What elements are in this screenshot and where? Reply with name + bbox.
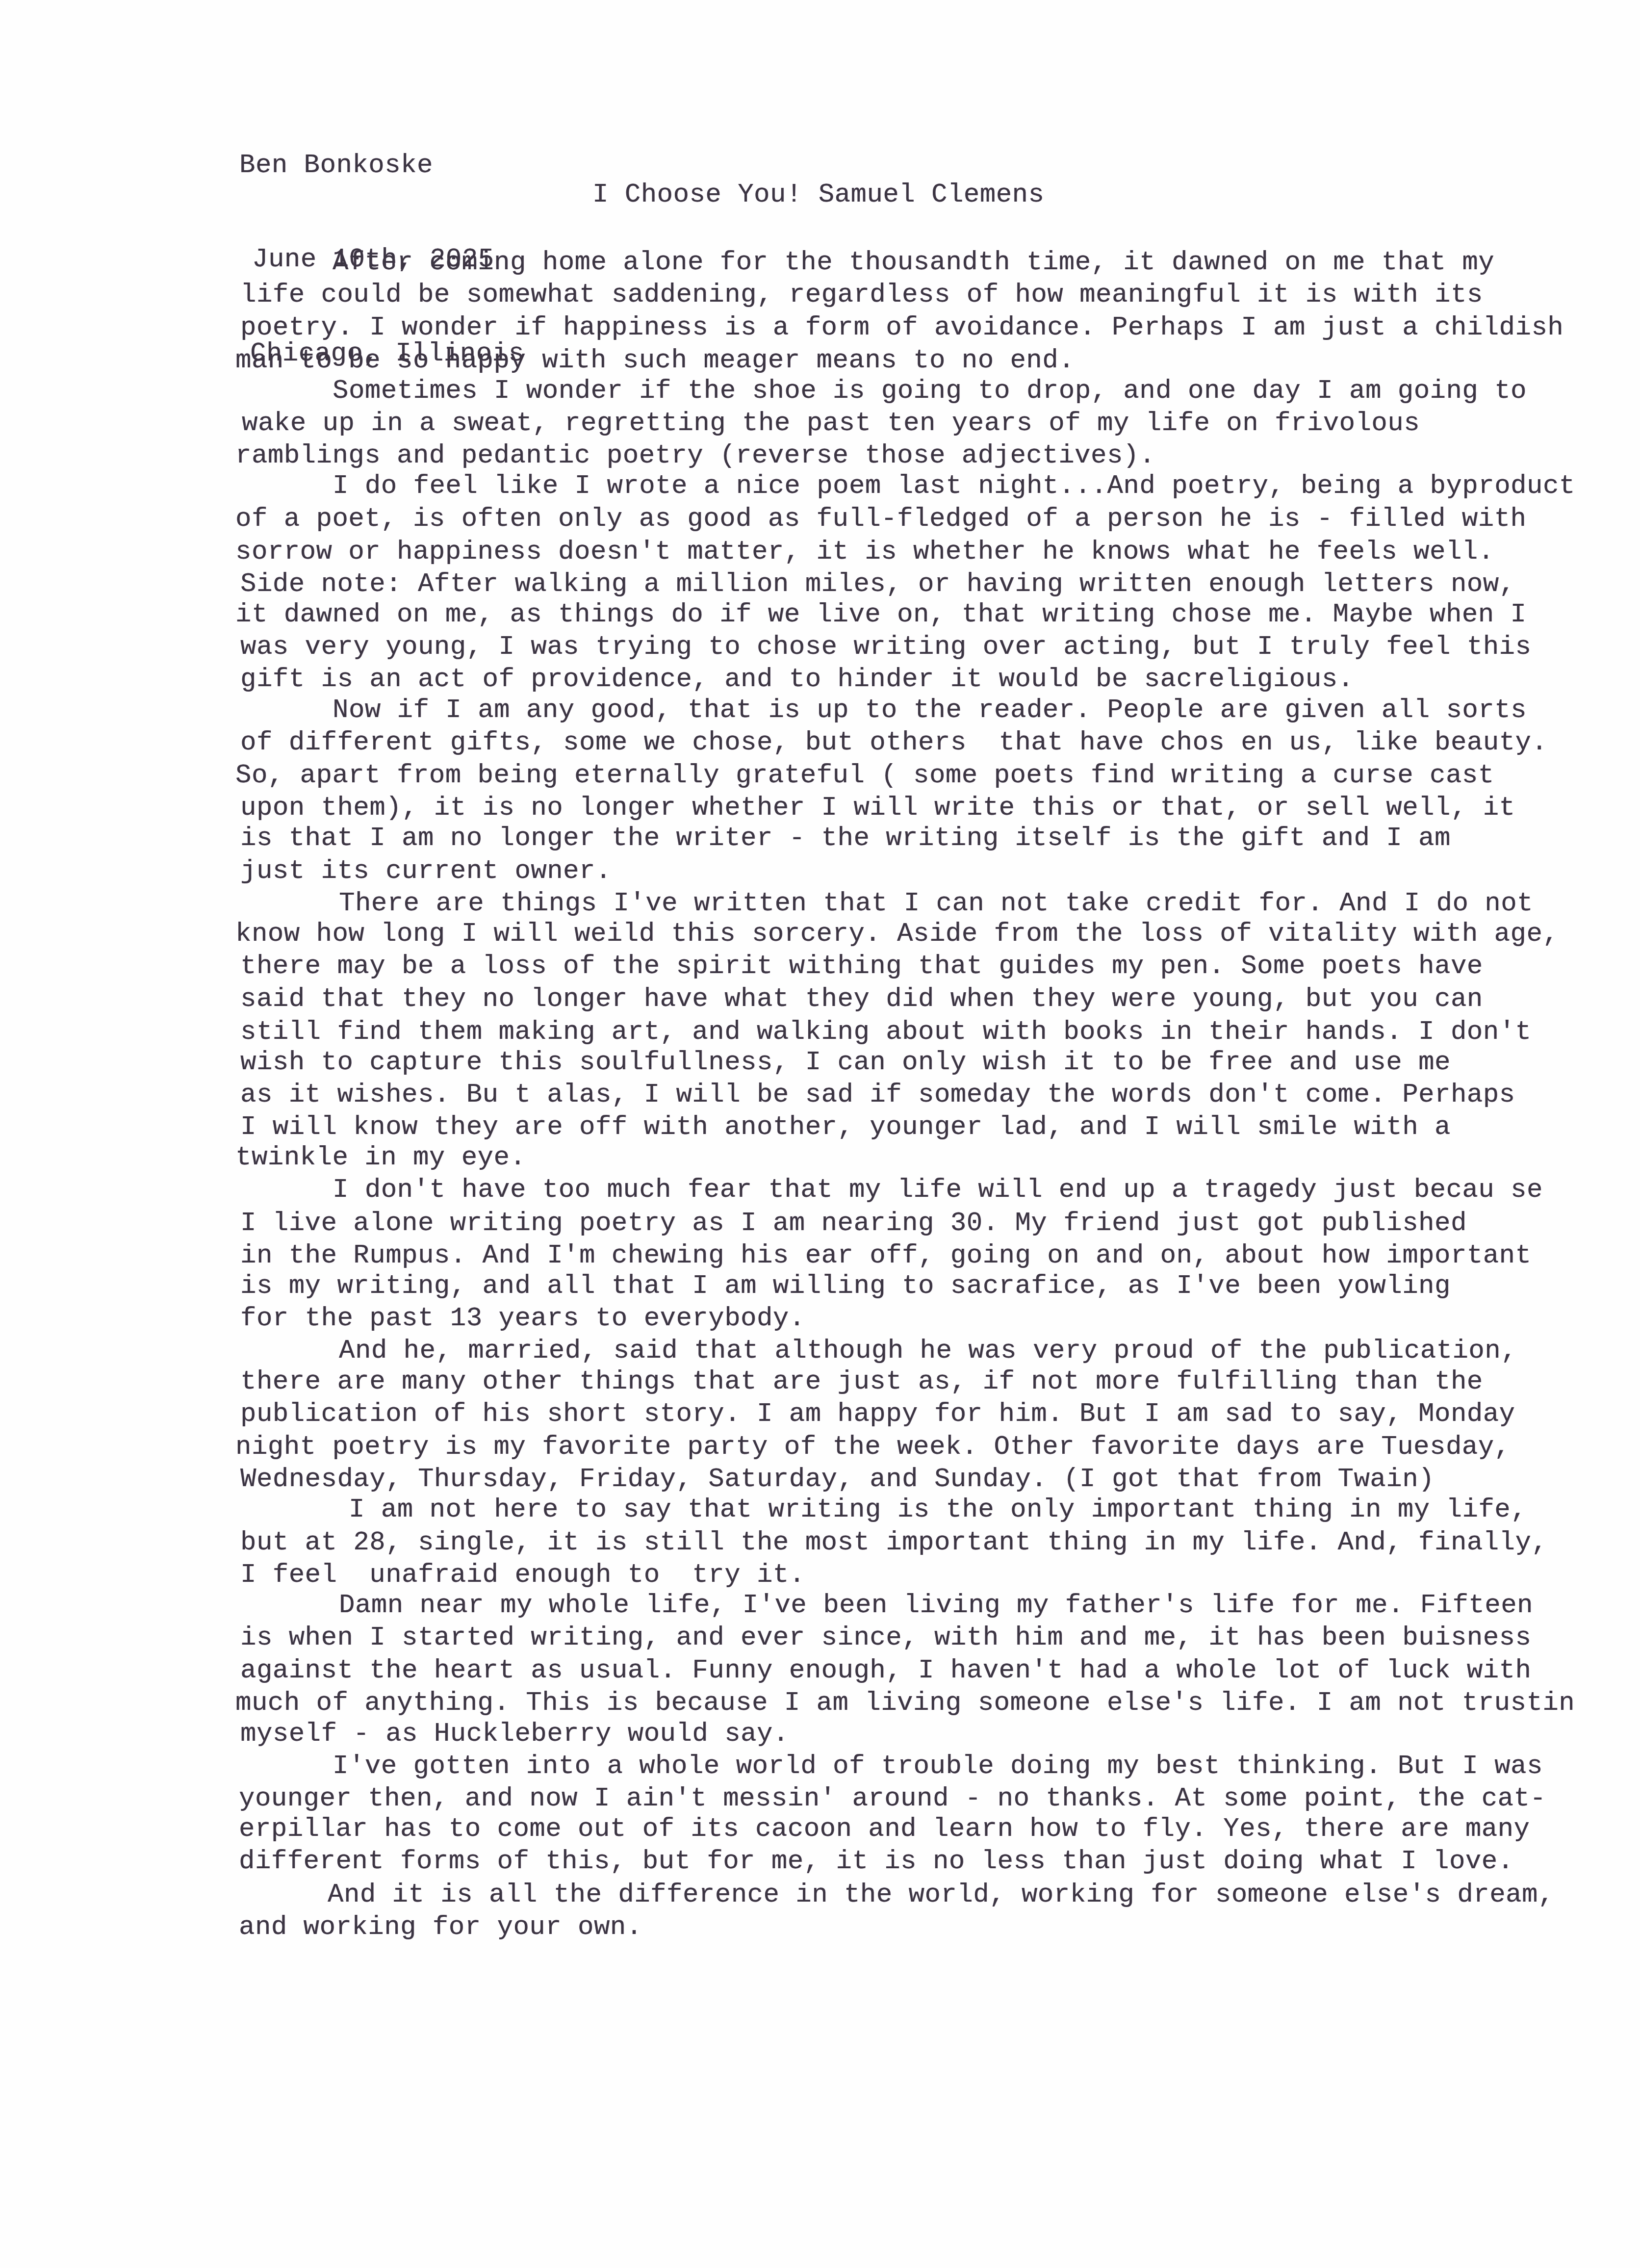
letter-line: said that they no longer have what they … (240, 983, 1609, 1015)
letter-line: sorrow or happiness doesn't matter, it i… (235, 536, 1609, 567)
letter-line: Now if I am any good, that is up to the … (333, 695, 1609, 726)
letter-line: night poetry is my favorite party of the… (235, 1431, 1609, 1463)
letter-line: I've gotten into a whole world of troubl… (333, 1751, 1609, 1782)
letter-line: myself - as Huckleberry would say. (240, 1718, 1609, 1750)
letter-line: and working for your own. (239, 1911, 1609, 1943)
letter-line: wish to capture this soulfullness, I can… (240, 1046, 1609, 1078)
letter-line: And he, married, said that although he w… (339, 1336, 1609, 1367)
letter-line: Wednesday, Thursday, Friday, Saturday, a… (240, 1464, 1609, 1495)
letter-line: There are things I've written that I can… (339, 888, 1609, 920)
letter-line: just its current owner. (240, 855, 1609, 887)
letter-line: ramblings and pedantic poetry (reverse t… (235, 440, 1609, 472)
letter-line: of different gifts, some we chose, but o… (240, 727, 1609, 759)
letter-line: in the Rumpus. And I'm chewing his ear o… (240, 1240, 1609, 1272)
letter-line: publication of his short story. I am hap… (240, 1398, 1609, 1430)
letter-line: against the heart as usual. Funny enough… (240, 1655, 1609, 1687)
letter-line: is that I am no longer the writer - the … (240, 823, 1609, 854)
letter-body: After coming home alone for the thousand… (235, 248, 1609, 1942)
letter-line: Sometimes I wonder if the shoe is going … (333, 375, 1609, 407)
letter-line: is my writing, and all that I am willing… (240, 1270, 1609, 1302)
letter-title: I Choose You! Samuel Clemens (592, 180, 1044, 211)
letter-line: different forms of this, but for me, it … (239, 1846, 1609, 1878)
letter-line: So, apart from being eternally grateful … (235, 760, 1609, 792)
letter-line: there may be a loss of the spirit within… (240, 951, 1609, 983)
letter-line: younger then, and now I ain't messin' ar… (239, 1783, 1609, 1815)
letter-line: much of anything. This is because I am l… (235, 1687, 1609, 1719)
letter-line: Damn near my whole life, I've been livin… (339, 1590, 1609, 1622)
letter-line: man to be so happy with such meager mean… (235, 344, 1609, 376)
letter-line: After coming home alone for the thousand… (333, 247, 1609, 279)
letter-line: twinkle in my eye. (235, 1142, 1609, 1174)
typewritten-letter-page: Ben Bonkoske June 10th, 2025 Chicago, Il… (0, 0, 1640, 2268)
letter-line: poetry. I wonder if happiness is a form … (240, 312, 1609, 344)
letter-line: I do feel like I wrote a nice poem last … (333, 471, 1609, 503)
letter-line: is when I started writing, and ever sinc… (240, 1622, 1609, 1654)
letter-line: know how long I will weild this sorcery.… (235, 918, 1609, 950)
letter-line: And it is all the difference in the worl… (328, 1879, 1609, 1910)
letter-line: Side note: After walking a million miles… (240, 568, 1609, 600)
letter-line: upon them), it is no longer whether I wi… (240, 792, 1609, 824)
letter-line: still find them making art, and walking … (240, 1016, 1609, 1048)
letter-line: it dawned on me, as things do if we live… (235, 599, 1609, 631)
letter-line: I will know they are off with another, y… (240, 1111, 1609, 1143)
letter-line: but at 28, single, it is still the most … (240, 1527, 1609, 1559)
letter-line: I live alone writing poetry as I am near… (240, 1207, 1609, 1239)
letter-line: life could be somewhat saddening, regard… (240, 280, 1609, 311)
letter-line: wake up in a sweat, regretting the past … (242, 408, 1609, 439)
letter-line: gift is an act of providence, and to hin… (240, 664, 1609, 696)
letter-line: for the past 13 years to everybody. (240, 1303, 1609, 1335)
letter-line: there are many other things that are jus… (240, 1366, 1609, 1398)
letter-line: I feel unafraid enough to try it. (240, 1559, 1609, 1591)
letter-line: erpillar has to come out of its cacoon a… (239, 1813, 1609, 1845)
letter-line: I don't have too much fear that my life … (333, 1175, 1609, 1207)
letter-line: I am not here to say that writing is the… (349, 1494, 1609, 1526)
letter-line: as it wishes. Bu t alas, I will be sad i… (240, 1079, 1609, 1111)
letter-line: was very young, I was trying to chose wr… (240, 631, 1609, 663)
letter-line: of a poet, is often only as good as full… (235, 503, 1609, 535)
author-name: Ben Bonkoske (239, 150, 524, 181)
